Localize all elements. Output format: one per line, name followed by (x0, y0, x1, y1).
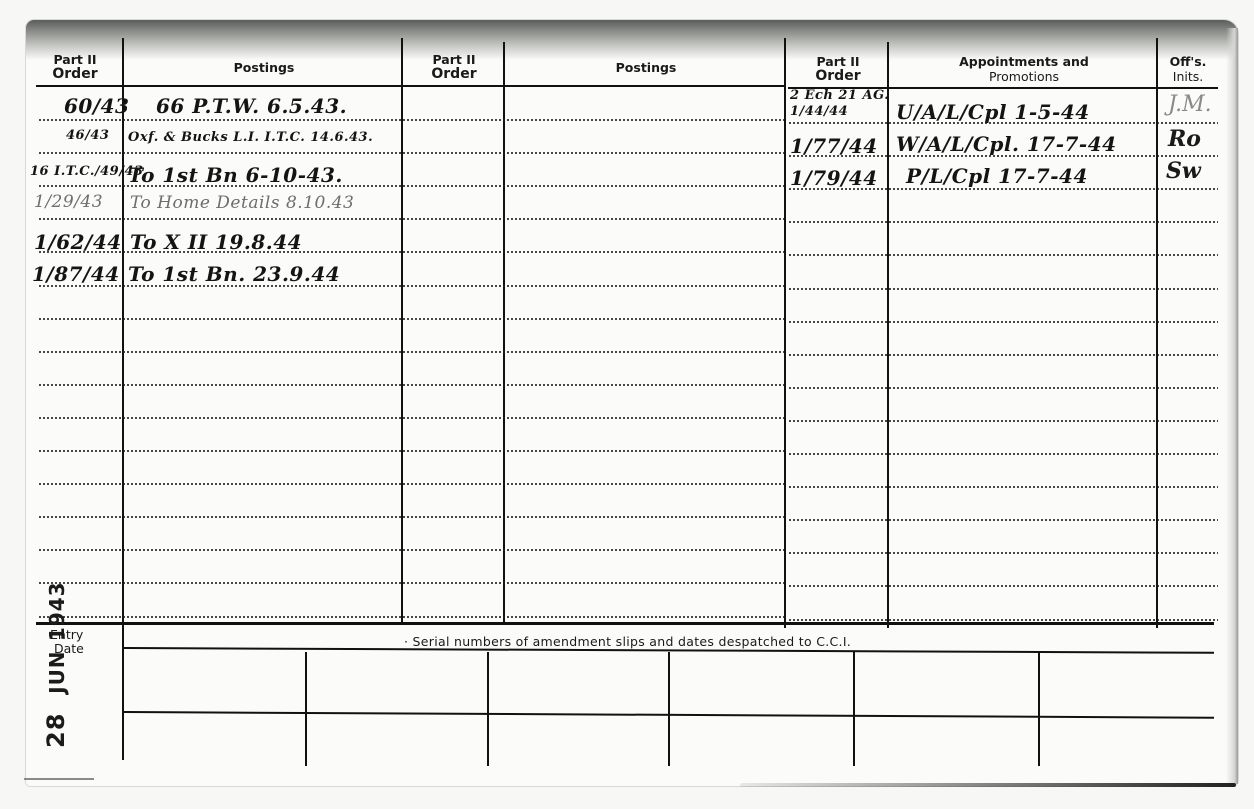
entry-posting: To X II 19.8.44 (130, 230, 302, 254)
ruled-line (788, 519, 1218, 521)
entry-order-note: 2 Ech 21 AG. (790, 88, 889, 103)
header-line: Off's. (1158, 54, 1218, 69)
middle-postings-header: Postings (506, 60, 786, 75)
column-divider (887, 42, 889, 628)
entry-order-number: 1/79/44 (790, 166, 878, 190)
header-line: Appointments and (890, 54, 1158, 69)
ruled-line (788, 288, 1218, 290)
left-postings-header: Postings (125, 60, 403, 75)
ruled-line (38, 152, 784, 154)
entry-posting: 66 P.T.W. 6.5.43. (156, 94, 347, 118)
entry-posting: To Home Details 8.10.43 (130, 193, 354, 213)
column-divider (122, 38, 124, 760)
ruled-line (38, 516, 784, 518)
entry-order-number: 1/62/44 (34, 230, 122, 254)
ruled-line (38, 450, 784, 452)
amendment-cell-divider (1038, 652, 1040, 766)
initials-header: Off's. Inits. (1158, 54, 1218, 84)
header-line: Part II (404, 52, 504, 67)
officer-initials: Ro (1168, 126, 1201, 152)
entry-order-number: 1/77/44 (790, 134, 878, 158)
ruled-line (788, 619, 1218, 621)
entry-appointment: W/A/L/Cpl. 17-7-44 (896, 132, 1117, 156)
entry-posting: To 1st Bn. 23.9.44 (128, 262, 340, 286)
entry-order-number: 46/43 (66, 128, 109, 143)
header-line: Inits. (1158, 69, 1218, 84)
header-rule (36, 85, 784, 87)
entry-order-number: 1/44/44 (790, 104, 848, 119)
column-divider (1156, 38, 1158, 628)
column-divider (401, 38, 403, 624)
footer-rule (36, 622, 1214, 625)
entry-order-number: 16 I.T.C./49/43 (30, 164, 144, 179)
ruled-line (38, 318, 784, 320)
column-divider (784, 38, 786, 628)
ruled-line (788, 585, 1218, 587)
appointments-header: Appointments and Promotions (890, 54, 1158, 84)
entry-order-number: 60/43 (64, 94, 129, 118)
entry-appointment: P/L/Cpl 17-7-44 (906, 164, 1088, 188)
ruled-line (788, 354, 1218, 356)
ruled-line (788, 321, 1218, 323)
header-line: Part II (788, 54, 888, 69)
header-line: Order (404, 67, 504, 82)
stamp-day: 28 (42, 713, 70, 748)
officer-initials: Sw (1166, 158, 1201, 184)
left-order-header: Part II Order (38, 52, 112, 82)
amendment-cell-divider (305, 652, 307, 766)
header-line: Part II (38, 52, 112, 67)
ruled-line (38, 351, 784, 353)
entry-order-number: 1/29/43 (34, 192, 103, 212)
ruled-line (38, 417, 784, 419)
ruled-line (38, 384, 784, 386)
card-bottom-edge-left (24, 778, 94, 780)
ruled-line (38, 218, 784, 220)
stamp-year: 1943 (45, 581, 69, 641)
middle-order-header: Part II Order (404, 52, 504, 82)
ruled-line (788, 420, 1218, 422)
ruled-line (788, 387, 1218, 389)
entry-order-number: 1/87/44 (32, 262, 120, 286)
stamp-month: JUN (45, 650, 69, 693)
right-order-header: Part II Order (788, 54, 888, 84)
entry-appointment: U/A/L/Cpl 1-5-44 (896, 100, 1090, 124)
ruled-line (788, 254, 1218, 256)
amendment-cell-divider (853, 652, 855, 766)
entry-posting: Oxf. & Bucks L.I. I.T.C. 14.6.43. (128, 130, 373, 145)
ruled-line (38, 119, 784, 121)
ruled-line (788, 552, 1218, 554)
amendment-cell-divider (668, 652, 670, 766)
date-stamp: 28 JUN 1943 (42, 581, 70, 748)
header-line: Order (788, 69, 888, 84)
officer-initials: J.M. (1168, 92, 1212, 117)
column-divider (503, 42, 505, 624)
entry-posting: To 1st Bn 6-10-43. (128, 163, 343, 187)
ruled-line (788, 486, 1218, 488)
ruled-line (788, 221, 1218, 223)
ruled-line (38, 549, 784, 551)
card-bottom-edge (740, 783, 1236, 787)
ruled-line (38, 483, 784, 485)
header-line: Promotions (890, 69, 1158, 84)
amendment-cell-divider (487, 652, 489, 766)
ruled-line (788, 453, 1218, 455)
ruled-line (38, 582, 784, 584)
header-line: Order (38, 67, 112, 82)
card-right-edge (1226, 28, 1238, 784)
amendment-caption: · Serial numbers of amendment slips and … (404, 634, 851, 649)
ruled-line (38, 616, 784, 618)
